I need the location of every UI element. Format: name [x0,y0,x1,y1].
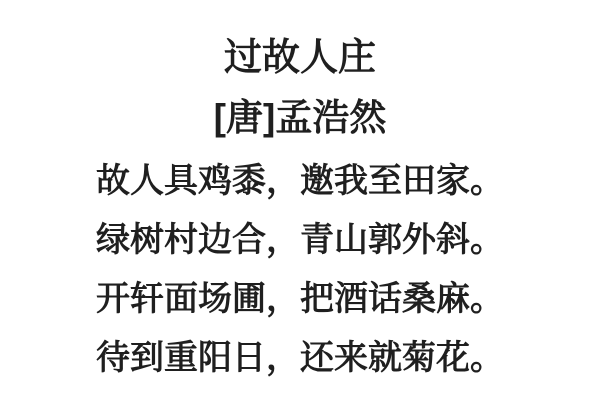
poem-line: 待到重阳日，还来就菊花。 [0,329,600,388]
poem-title: 过故人庄 [0,29,600,88]
poem-line: 绿树村边合，青山郭外斜。 [0,211,600,270]
poem-line: 故人具鸡黍，邀我至田家。 [0,152,600,211]
poem-card: 过故人庄 [唐]孟浩然 故人具鸡黍，邀我至田家。 绿树村边合，青山郭外斜。 开轩… [0,0,600,416]
poem-line: 开轩面场圃，把酒话桑麻。 [0,270,600,329]
poem-author: [唐]孟浩然 [0,88,600,147]
